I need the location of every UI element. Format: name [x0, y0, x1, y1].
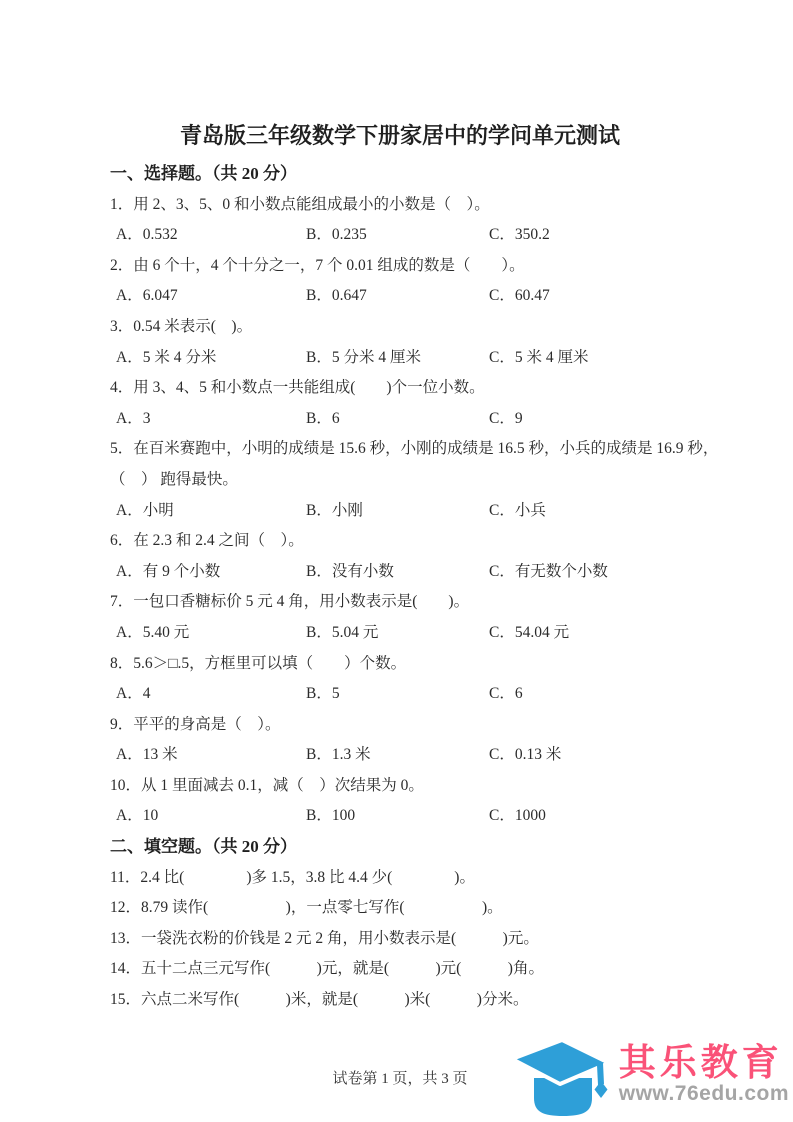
option-b: B．小刚: [306, 496, 489, 527]
question-4: 4．用 3、4、5 和小数点一共能组成( )个一位小数。: [110, 373, 690, 404]
option-b: B．6: [306, 404, 489, 435]
question-3: 3．0.54 米表示( )。: [110, 312, 690, 343]
option-a: A．有 9 个小数: [116, 557, 306, 588]
option-a: A．4: [116, 679, 306, 710]
option-b: B．5: [306, 679, 489, 710]
option-c: C．小兵: [489, 496, 690, 527]
brand-name: 其乐教育: [619, 1044, 789, 1082]
question-13: 13．一袋洗衣粉的价钱是 2 元 2 角，用小数表示是( )元。: [110, 924, 690, 955]
option-a: A．3: [116, 404, 306, 435]
option-a: A．0.532: [116, 220, 306, 251]
question-7: 7．一包口香糖标价 5 元 4 角，用小数表示是( )。: [110, 587, 690, 618]
page-title: 青岛版三年级数学下册家居中的学问单元测试: [110, 121, 690, 151]
option-a: A．5.40 元: [116, 618, 306, 649]
question-12: 12．8.79 读作( )，一点零七写作( )。: [110, 893, 690, 924]
question-8: 8．5.6＞□.5，方框里可以填（ ）个数。: [110, 649, 690, 680]
question-11: 11．2.4 比( )多 1.5，3.8 比 4.4 少( )。: [110, 863, 690, 894]
option-c: C．60.47: [489, 281, 690, 312]
question-4-options: A．3 B．6 C．9: [116, 404, 690, 435]
question-3-options: A．5 米 4 分米 B．5 分米 4 厘米 C．5 米 4 厘米: [116, 343, 690, 374]
question-15: 15．六点二米写作( )米，就是( )米( )分米。: [110, 985, 690, 1016]
brand-logo: 其乐教育 www.76edu.com: [485, 1028, 789, 1122]
brand-url: www.76edu.com: [619, 1082, 789, 1106]
option-b: B．0.647: [306, 281, 489, 312]
brand-text-block: 其乐教育 www.76edu.com: [619, 1044, 789, 1106]
option-c: C．54.04 元: [489, 618, 690, 649]
test-paper-page: 青岛版三年级数学下册家居中的学问单元测试 一、选择题。（共 20 分） 1．用 …: [0, 0, 793, 1122]
option-a: A．6.047: [116, 281, 306, 312]
question-2-options: A．6.047 B．0.647 C．60.47: [116, 281, 690, 312]
question-2: 2．由 6 个十，4 个十分之一，7 个 0.01 组成的数是（ ）。: [110, 251, 690, 282]
question-5-options: A．小明 B．小刚 C．小兵: [116, 496, 690, 527]
question-9: 9．平平的身高是（ ）。: [110, 710, 690, 741]
option-c: C．6: [489, 679, 690, 710]
option-a: A．10: [116, 801, 306, 832]
option-c: C．5 米 4 厘米: [489, 343, 690, 374]
question-1: 1．用 2、3、5、0 和小数点能组成最小的小数是（ ）。: [110, 190, 690, 221]
question-8-options: A．4 B．5 C．6: [116, 679, 690, 710]
option-a: A．小明: [116, 496, 306, 527]
question-7-options: A．5.40 元 B．5.04 元 C．54.04 元: [116, 618, 690, 649]
graduation-cap-icon: [485, 1028, 615, 1122]
question-6: 6．在 2.3 和 2.4 之间（ ）。: [110, 526, 690, 557]
option-b: B．没有小数: [306, 557, 489, 588]
question-10-options: A．10 B．100 C．1000: [116, 801, 690, 832]
question-1-options: A．0.532 B．0.235 C．350.2: [116, 220, 690, 251]
section-choice-header: 一、选择题。（共 20 分）: [110, 159, 690, 190]
paper-content: 青岛版三年级数学下册家居中的学问单元测试 一、选择题。（共 20 分） 1．用 …: [110, 121, 690, 1016]
option-c: C．9: [489, 404, 690, 435]
option-c: C．350.2: [489, 220, 690, 251]
question-6-options: A．有 9 个小数 B．没有小数 C．有无数个小数: [116, 557, 690, 588]
question-14: 14．五十二点三元写作( )元，就是( )元( )角。: [110, 954, 690, 985]
option-b: B．5 分米 4 厘米: [306, 343, 489, 374]
option-a: A．13 米: [116, 740, 306, 771]
option-c: C．1000: [489, 801, 690, 832]
option-c: C．有无数个小数: [489, 557, 690, 588]
option-b: B．1.3 米: [306, 740, 489, 771]
option-b: B．0.235: [306, 220, 489, 251]
option-b: B．5.04 元: [306, 618, 489, 649]
option-b: B．100: [306, 801, 489, 832]
question-5-continued: （ ） 跑得最快。: [110, 465, 690, 496]
option-a: A．5 米 4 分米: [116, 343, 306, 374]
question-10: 10．从 1 里面减去 0.1，减（ ）次结果为 0。: [110, 771, 690, 802]
option-c: C．0.13 米: [489, 740, 690, 771]
question-5: 5．在百米赛跑中，小明的成绩是 15.6 秒，小刚的成绩是 16.5 秒，小兵的…: [110, 434, 690, 465]
section-fill-header: 二、填空题。（共 20 分）: [110, 832, 690, 863]
question-9-options: A．13 米 B．1.3 米 C．0.13 米: [116, 740, 690, 771]
